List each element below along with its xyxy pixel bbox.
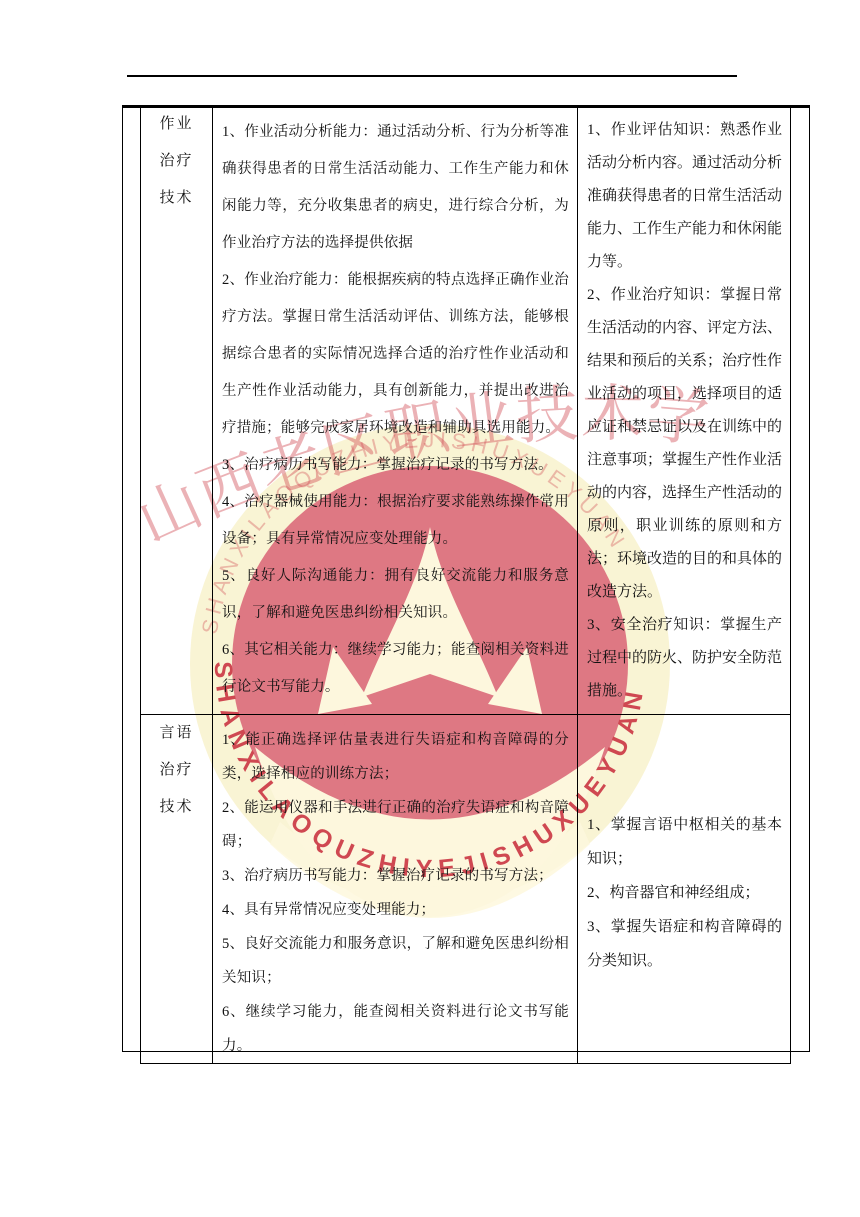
skill-item: 5、良好交流能力和服务意识，了解和避免医患纠纷相关知识； xyxy=(222,927,569,995)
knowledge-cell: 1、作业评估知识：熟悉作业活动分析内容。通过活动分析准确获得患者的日常生活活动能… xyxy=(578,106,791,715)
skill-item: 6、其它相关能力：继续学习能力；能查阅相关资料进行论文书写能力。 xyxy=(222,632,569,706)
knowledge-item: 1、作业评估知识：熟悉作业活动分析内容。通过活动分析准确获得患者的日常生活活动能… xyxy=(587,114,782,279)
skill-item: 6、继续学习能力，能查阅相关资料进行论文书写能力。 xyxy=(222,995,569,1063)
skill-item: 2、能运用仪器和手法进行正确的治疗失语症和构音障碍； xyxy=(222,791,569,859)
skill-item: 2、作业治疗能力：能根据疾病的特点选择正确作业治疗方法。掌握日常生活活动评估、训… xyxy=(222,262,569,447)
skills-cell: 1、作业活动分析能力：通过活动分析、行为分析等准确获得患者的日常生活活动能力、工… xyxy=(213,106,578,715)
page-header-rule xyxy=(127,75,737,77)
knowledge-item: 3、掌握失语症和构音障碍的分类知识。 xyxy=(587,910,782,978)
skill-item: 1、作业活动分析能力：通过活动分析、行为分析等准确获得患者的日常生活活动能力、工… xyxy=(222,114,569,262)
syllabus-table: 作业 治疗 技术 1、作业活动分析能力：通过活动分析、行为分析等准确获得患者的日… xyxy=(140,105,791,1064)
knowledge-item: 2、构音器官和神经组成； xyxy=(587,876,782,910)
row-label-cell: 作业 治疗 技术 xyxy=(141,106,213,715)
row-label-line: 治疗 xyxy=(141,143,212,180)
skill-item: 5、良好人际沟通能力：拥有良好交流能力和服务意识，了解和避免医患纠纷相关知识。 xyxy=(222,558,569,632)
knowledge-item: 1、掌握言语中枢相关的基本知识； xyxy=(587,808,782,876)
knowledge-item: 2、作业治疗知识：掌握日常生活活动的内容、评定方法、结果和预后的关系；治疗性作业… xyxy=(587,279,782,609)
knowledge-item: 3、安全治疗知识：掌握生产过程中的防火、防护安全防范措施。 xyxy=(587,609,782,708)
row-label-line: 治疗 xyxy=(141,752,212,789)
skill-item: 3、治疗病历书写能力：掌握治疗记录的书写方法； xyxy=(222,859,569,893)
row-label-line: 言语 xyxy=(141,715,212,752)
table-row-speech-therapy: 言语 治疗 技术 1、能正确选择评估量表进行失语症和构音障碍的分类，选择相应的训… xyxy=(141,715,791,1064)
skill-item: 1、能正确选择评估量表进行失语症和构音障碍的分类，选择相应的训练方法； xyxy=(222,723,569,791)
skill-item: 4、具有异常情况应变处理能力； xyxy=(222,893,569,927)
skill-item: 3、治疗病历书写能力：掌握治疗记录的书写方法。 xyxy=(222,447,569,484)
skill-item: 4、治疗器械使用能力：根据治疗要求能熟练操作常用设备；具有异常情况应变处理能力。 xyxy=(222,484,569,558)
table-row-occupational-therapy: 作业 治疗 技术 1、作业活动分析能力：通过活动分析、行为分析等准确获得患者的日… xyxy=(141,106,791,715)
skills-cell: 1、能正确选择评估量表进行失语症和构音障碍的分类，选择相应的训练方法； 2、能运… xyxy=(213,715,578,1064)
row-label-line: 技术 xyxy=(141,180,212,217)
document-page: { "page": { "kind": "training-syllabus-t… xyxy=(0,0,860,1217)
knowledge-cell: 1、掌握言语中枢相关的基本知识； 2、构音器官和神经组成； 3、掌握失语症和构音… xyxy=(578,715,791,1064)
row-label-cell: 言语 治疗 技术 xyxy=(141,715,213,1064)
row-label-line: 作业 xyxy=(141,106,212,143)
row-label-line: 技术 xyxy=(141,789,212,826)
